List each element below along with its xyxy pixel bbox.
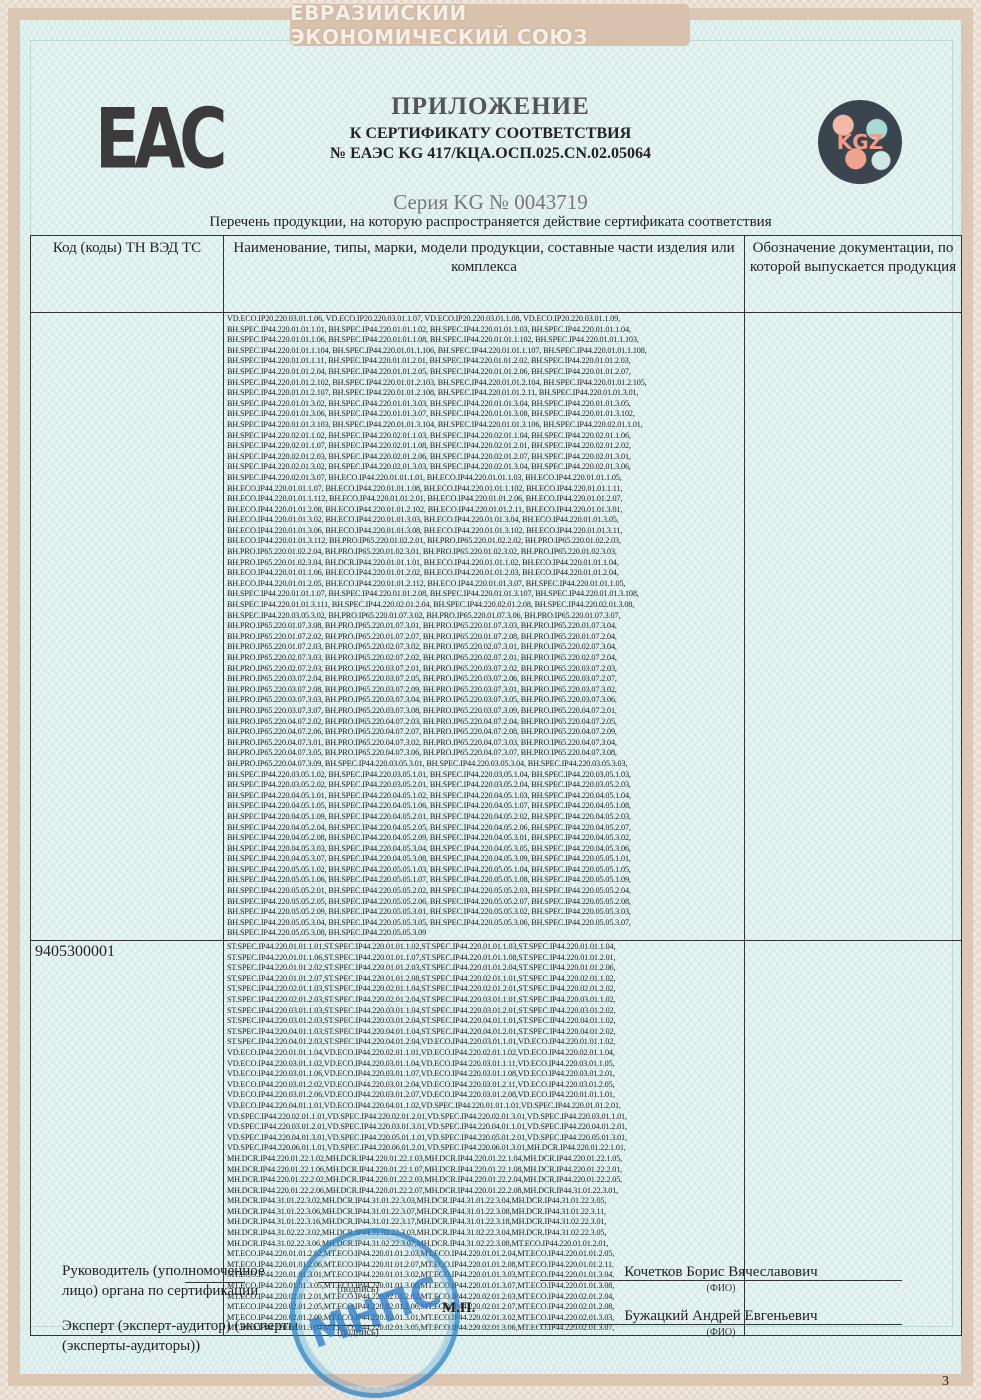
- products-table: Код (коды) ТН ВЭД ТС Наименование, типы,…: [30, 235, 962, 1336]
- stamp-place-label: М.П.: [442, 1300, 475, 1317]
- model-line: MH.DCR.IP44.31.01.22.3.06,MH.DCR.IP44.31…: [227, 1207, 741, 1218]
- list-title: Перечень продукции, на которую распростр…: [0, 214, 981, 231]
- model-line: BH.ECO.IP44.220.01.01.3.06, BH.ECO.IP44.…: [227, 526, 741, 537]
- model-line: ST.SPEC.IP44.220.04.01.1.03,ST.SPEC.IP44…: [227, 1027, 741, 1038]
- expert-fio-caption: (ФИО): [540, 1327, 902, 1338]
- model-line: BH.ECO.IP44.220.01.01.2.05, BH.ECO.IP44.…: [227, 579, 741, 590]
- model-line: BH.SPEC.IP44.220.04.05.1.09, BH.SPEC.IP4…: [227, 812, 741, 823]
- model-line: ST.SPEC.IP44.220.03.01.1.03,ST.SPEC.IP44…: [227, 1006, 741, 1017]
- certificate-subtitle: К СЕРТИФИКАТУ СООТВЕТСТВИЯ: [0, 125, 981, 143]
- model-line: BH.PRO.IP65.220.03.07.3.07, BH.PRO.IP65.…: [227, 706, 741, 717]
- header-name: Наименование, типы, марки, модели продук…: [224, 236, 745, 313]
- model-line: BH.PRO.IP65.220.01.07.3.08, BH.PRO.IP65.…: [227, 621, 741, 632]
- table-row: VD.ECO.IP20.220.03.01.1.06, VD.ECO.IP20.…: [31, 313, 962, 941]
- model-line: BH.ECO.IP44.220.01.01.2.08, BH.ECO.IP44.…: [227, 505, 741, 516]
- model-line: ST.SPEC.IP44.220.02.01.1.03,ST.SPEC.IP44…: [227, 984, 741, 995]
- model-line: BH.SPEC.IP44.220.03.05.2.02, BH.SPEC.IP4…: [227, 780, 741, 791]
- model-line: BH.SPEC.IP44.220.05.05.3.08, BH.SPEC.IP4…: [227, 928, 741, 939]
- model-line: MH.DCR.IP44.31.01.22.3.16,MH.DCR.IP44.31…: [227, 1217, 741, 1228]
- expert-name: Бужацкий Андрей Евгеньевич: [540, 1306, 902, 1326]
- model-line: BH.PRO.IP65.220.01.02.3.04, BH.DCR.IP44.…: [227, 558, 741, 569]
- model-line: MH.DCR.IP44.220.01.22.1.06,MH.DCR.IP44.2…: [227, 1165, 741, 1176]
- model-line: VD.ECO.IP44.220.04.01.1.01,VD.ECO.IP44.2…: [227, 1101, 741, 1112]
- model-line: BH.SPEC.IP44.220.01.01.1.11, BH.SPEC.IP4…: [227, 356, 741, 367]
- header-doc: Обозначение документации, по которой вып…: [745, 236, 962, 313]
- page-title: ПРИЛОЖЕНИЕ: [0, 93, 981, 121]
- head-sign-line: [185, 1282, 245, 1283]
- header-code: Код (коды) ТН ВЭД ТС: [31, 236, 224, 313]
- model-line: BH.SPEC.IP44.220.03.05.3.02, BH.PRO.IP65…: [227, 611, 741, 622]
- model-line: VD.SPEC.IP44.220.04.01.3.01,VD.SPEC.IP44…: [227, 1133, 741, 1144]
- page-number: 3: [942, 1374, 949, 1390]
- model-line: BH.ECO.IP44.220.01.01.1.07, BH.ECO.IP44.…: [227, 484, 741, 495]
- model-line: VD.ECO.IP20.220.03.01.1.06, VD.ECO.IP20.…: [227, 314, 741, 325]
- model-line: BH.SPEC.IP44.220.01.01.1.104, BH.SPEC.IP…: [227, 346, 741, 357]
- model-line: ST.SPEC.IP44.220.01.01.2.02,ST.SPEC.IP44…: [227, 963, 741, 974]
- model-line: BH.SPEC.IP44.220.02.01.3.02, BH.SPEC.IP4…: [227, 462, 741, 473]
- model-line: BH.SPEC.IP44.220.03.05.1.02, BH.SPEC.IP4…: [227, 770, 741, 781]
- banner-text: ЕВРАЗИЙСКИЙ ЭКОНОМИЧЕСКИЙ СОЮЗ: [290, 1, 690, 49]
- model-line: ST.SPEC.IP44.220.01.01.1.06,ST.SPEC.IP44…: [227, 953, 741, 964]
- model-line: BH.SPEC.IP44.220.05.05.1.02, BH.SPEC.IP4…: [227, 865, 741, 876]
- model-line: ST.SPEC.IP44.220.01.01.2.07,ST.SPEC.IP44…: [227, 974, 741, 985]
- model-line: BH.SPEC.IP44.220.01.01.2.102, BH.SPEC.IP…: [227, 378, 741, 389]
- model-line: BH.PRO.IP65.220.03.07.2.04, BH.PRO.IP65.…: [227, 674, 741, 685]
- model-line: BH.PRO.IP65.220.02.07.2.03, BH.PRO.IP65.…: [227, 664, 741, 675]
- model-line: VD.SPEC.IP44.220.06.01.1.01,VD.SPEC.IP44…: [227, 1143, 741, 1154]
- model-line: BH.SPEC.IP44.220.04.05.3.07, BH.SPEC.IP4…: [227, 854, 741, 865]
- model-line: MH.DCR.IP44.31.02.22.3.06,MH.DCR.IP44.31…: [227, 1239, 741, 1250]
- model-line: BH.SPEC.IP44.220.01.01.3.06, BH.SPEC.IP4…: [227, 409, 741, 420]
- head-label: Руководитель (уполномоченное лицо) орган…: [62, 1261, 282, 1301]
- head-name: Кочетков Борис Вячеславович: [540, 1262, 902, 1282]
- model-line: BH.PRO.IP65.220.01.02.2.04, BH.PRO.IP65.…: [227, 547, 741, 558]
- model-line: VD.ECO.IP44.220.03.01.1.06,VD.ECO.IP44.2…: [227, 1069, 741, 1080]
- model-line: BH.SPEC.IP44.220.04.05.3.03, BH.SPEC.IP4…: [227, 844, 741, 855]
- model-line: BH.SPEC.IP44.220.05.05.3.04, BH.SPEC.IP4…: [227, 918, 741, 929]
- model-line: BH.ECO.IP44.220.01.01.3.02, BH.ECO.IP44.…: [227, 515, 741, 526]
- model-line: BH.PRO.IP65.220.03.07.2.08, BH.PRO.IP65.…: [227, 685, 741, 696]
- model-line: VD.SPEC.IP44.220.02.01.1.01,VD.SPEC.IP44…: [227, 1112, 741, 1123]
- model-line: BH.SPEC.IP44.220.01.01.2.107, BH.SPEC.IP…: [227, 388, 741, 399]
- model-line: BH.SPEC.IP44.220.02.01.3.07, BH.ECO.IP44…: [227, 473, 741, 484]
- model-line: ST.SPEC.IP44.220.02.01.2.03,ST.SPEC.IP44…: [227, 995, 741, 1006]
- model-line: BH.SPEC.IP44.220.01.01.3.02, BH.SPEC.IP4…: [227, 399, 741, 410]
- model-line: ST.SPEC.IP44.220.01.01.1.01,ST.SPEC.IP44…: [227, 942, 741, 953]
- model-line: BH.SPEC.IP44.220.02.01.1.07, BH.SPEC.IP4…: [227, 441, 741, 452]
- model-line: BH.SPEC.IP44.220.04.05.1.05, BH.SPEC.IP4…: [227, 801, 741, 812]
- model-line: BH.SPEC.IP44.220.05.05.1.06, BH.SPEC.IP4…: [227, 875, 741, 886]
- model-line: BH.SPEC.IP44.220.01.01.1.07, BH.SPEC.IP4…: [227, 589, 741, 600]
- row-code: [31, 313, 224, 941]
- series-number: Серия KG № 0043719: [0, 190, 981, 215]
- model-line: BH.SPEC.IP44.220.01.01.3.111, BH.SPEC.IP…: [227, 600, 741, 611]
- head-fio-caption: (ФИО): [540, 1283, 902, 1294]
- model-line: BH.PRO.IP65.220.04.07.3.09, BH.SPEC.IP44…: [227, 759, 741, 770]
- row-product-models: VD.ECO.IP20.220.03.01.1.06, VD.ECO.IP20.…: [224, 313, 745, 941]
- model-line: BH.ECO.IP44.220.01.01.1.112, BH.ECO.IP44…: [227, 494, 741, 505]
- model-line: BH.SPEC.IP44.220.05.05.2.09, BH.SPEC.IP4…: [227, 907, 741, 918]
- certificate-number: № ЕАЭС KG 417/КЦА.ОСП.025.CN.02.05064: [0, 145, 981, 163]
- model-line: BH.SPEC.IP44.220.01.01.2.04, BH.SPEC.IP4…: [227, 367, 741, 378]
- model-line: BH.PRO.IP65.220.02.07.3.03, BH.PRO.IP65.…: [227, 653, 741, 664]
- model-line: VD.ECO.IP44.220.03.01.2.02,VD.ECO.IP44.2…: [227, 1080, 741, 1091]
- model-line: BH.PRO.IP65.220.01.07.2.03, BH.PRO.IP65.…: [227, 642, 741, 653]
- model-line: ST.SPEC.IP44.220.04.01.2.03,ST.SPEC.IP44…: [227, 1037, 741, 1048]
- model-line: BH.SPEC.IP44.220.04.05.2.08, BH.SPEC.IP4…: [227, 833, 741, 844]
- model-line: BH.PRO.IP65.220.04.07.3.01, BH.PRO.IP65.…: [227, 738, 741, 749]
- model-line: ST.SPEC.IP44.220.03.01.2.03,ST.SPEC.IP44…: [227, 1016, 741, 1027]
- model-line: MT.ECO.IP44.220.01.01.2.02,MT.ECO.IP44.2…: [227, 1249, 741, 1260]
- model-line: BH.PRO.IP65.220.04.07.3.05, BH.PRO.IP65.…: [227, 748, 741, 759]
- model-line: BH.SPEC.IP44.220.04.05.2.04, BH.SPEC.IP4…: [227, 823, 741, 834]
- model-line: VD.SPEC.IP44.220.03.01.2.01,VD.SPEC.IP44…: [227, 1122, 741, 1133]
- model-line: MH.DCR.IP44.220.01.22.2.06,MH.DCR.IP44.2…: [227, 1186, 741, 1197]
- model-line: BH.SPEC.IP44.220.01.01.3.103, BH.SPEC.IP…: [227, 420, 741, 431]
- model-line: VD.ECO.IP44.220.03.01.2.06,VD.ECO.IP44.2…: [227, 1090, 741, 1101]
- model-line: VD.ECO.IP44.220.03.01.1.02,VD.ECO.IP44.2…: [227, 1059, 741, 1070]
- model-line: BH.SPEC.IP44.220.02.01.2.03, BH.SPEC.IP4…: [227, 452, 741, 463]
- model-line: MH.DCR.IP44.220.01.22.2.02,MH.DCR.IP44.2…: [227, 1175, 741, 1186]
- model-line: BH.SPEC.IP44.220.02.01.1.02, BH.SPEC.IP4…: [227, 431, 741, 442]
- model-line: MH.DCR.IP44.220.01.22.1.02,MH.DCR.IP44.2…: [227, 1154, 741, 1165]
- official-stamp-icon: МНПС: [290, 1228, 460, 1398]
- model-line: BH.PRO.IP65.220.04.07.2.06, BH.PRO.IP65.…: [227, 727, 741, 738]
- eaeu-banner: ЕВРАЗИЙСКИЙ ЭКОНОМИЧЕСКИЙ СОЮЗ: [290, 4, 690, 46]
- model-line: BH.ECO.IP44.220.01.01.3.112, BH.PRO.IP65…: [227, 536, 741, 547]
- model-line: BH.PRO.IP65.220.01.07.2.02, BH.PRO.IP65.…: [227, 632, 741, 643]
- row-documentation: [745, 313, 962, 941]
- expert-label: Эксперт (эксперт-аудитор) (эксперты (экс…: [62, 1316, 322, 1356]
- model-line: BH.SPEC.IP44.220.04.05.1.01, BH.SPEC.IP4…: [227, 791, 741, 802]
- model-line: BH.SPEC.IP44.220.01.01.1.01, BH.SPEC.IP4…: [227, 325, 741, 336]
- stamp-text: МНПС: [303, 1268, 447, 1358]
- model-line: MH.DCR.IP44.31.02.22.3.02,MH.DCR.IP44.31…: [227, 1228, 741, 1239]
- model-line: VD.ECO.IP44.220.01.01.1.04,VD.ECO.IP44.2…: [227, 1048, 741, 1059]
- model-line: BH.SPEC.IP44.220.05.05.2.05, BH.SPEC.IP4…: [227, 897, 741, 908]
- model-line: MH.DCR.IP44.31.01.22.3.02,MH.DCR.IP44.31…: [227, 1196, 741, 1207]
- table-header-row: Код (коды) ТН ВЭД ТС Наименование, типы,…: [31, 236, 962, 313]
- model-line: BH.SPEC.IP44.220.05.05.2.01, BH.SPEC.IP4…: [227, 886, 741, 897]
- model-line: BH.PRO.IP65.220.03.07.3.03, BH.PRO.IP65.…: [227, 695, 741, 706]
- model-line: BH.PRO.IP65.220.04.07.2.02, BH.PRO.IP65.…: [227, 717, 741, 728]
- model-line: BH.ECO.IP44.220.01.01.1.06, BH.ECO.IP44.…: [227, 568, 741, 579]
- model-line: BH.SPEC.IP44.220.01.01.1.06, BH.SPEC.IP4…: [227, 335, 741, 346]
